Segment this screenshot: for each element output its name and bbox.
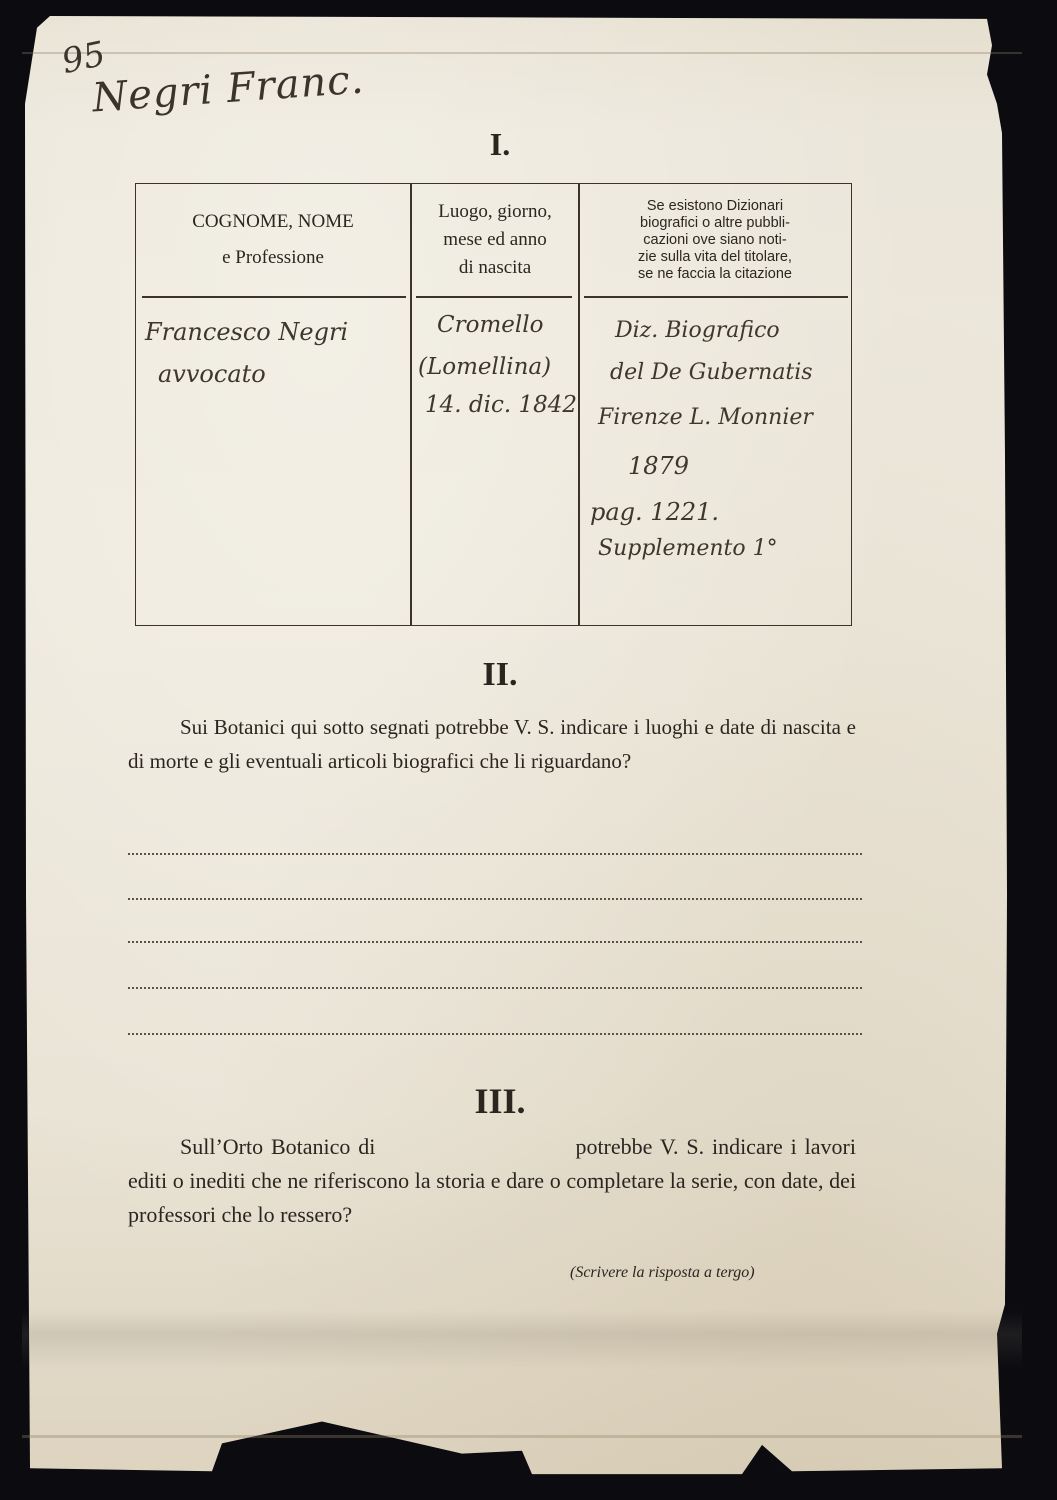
header-name-profession: COGNOME, NOME e Professione <box>136 184 410 296</box>
answer-line[interactable] <box>128 941 862 943</box>
header-rule <box>142 296 406 298</box>
header-references: Se esistono Dizionari biografici o altre… <box>580 184 850 296</box>
header-rule <box>584 296 848 298</box>
cell-reference-line: Supplemento 1° <box>598 536 778 561</box>
cell-reference-line: pag. 1221. <box>590 498 719 526</box>
answer-line[interactable] <box>128 1033 862 1035</box>
cell-reference-line: del De Gubernatis <box>610 360 813 385</box>
section-3-question: Sull’Orto Botanico dipotrebbe V. S. indi… <box>128 1130 856 1232</box>
fold-crease-bottom <box>22 1435 1022 1438</box>
cell-birth-date: 14. dic. 1842 <box>425 392 577 418</box>
cell-reference-line: 1879 <box>628 452 689 480</box>
section-2-numeral: II. <box>0 656 1000 694</box>
cell-reference-line: Firenze L. Monnier <box>598 405 813 430</box>
answer-line[interactable] <box>128 987 862 989</box>
cell-name: Francesco Negri <box>145 318 348 346</box>
cell-birth-region: (Lomellina) <box>418 354 551 380</box>
header-birth-info: Luogo, giorno, mese ed anno di nascita <box>412 184 578 296</box>
section-2-question: Sui Botanici qui sotto segnati potrebbe … <box>128 710 856 778</box>
header-rule <box>416 296 572 298</box>
footnote: (Scrivere la risposta a tergo) <box>570 1264 755 1282</box>
cell-profession: avvocato <box>158 360 266 388</box>
answer-line[interactable] <box>128 898 862 900</box>
fold-crease-top <box>22 52 1022 54</box>
section-3-numeral: III. <box>0 1080 1000 1122</box>
cell-birth-place: Cromello <box>437 312 543 338</box>
section-1-numeral: I. <box>0 126 1000 163</box>
cell-reference-line: Diz. Biografico <box>615 318 780 343</box>
stain-band <box>22 1310 1022 1370</box>
answer-line[interactable] <box>128 853 862 855</box>
